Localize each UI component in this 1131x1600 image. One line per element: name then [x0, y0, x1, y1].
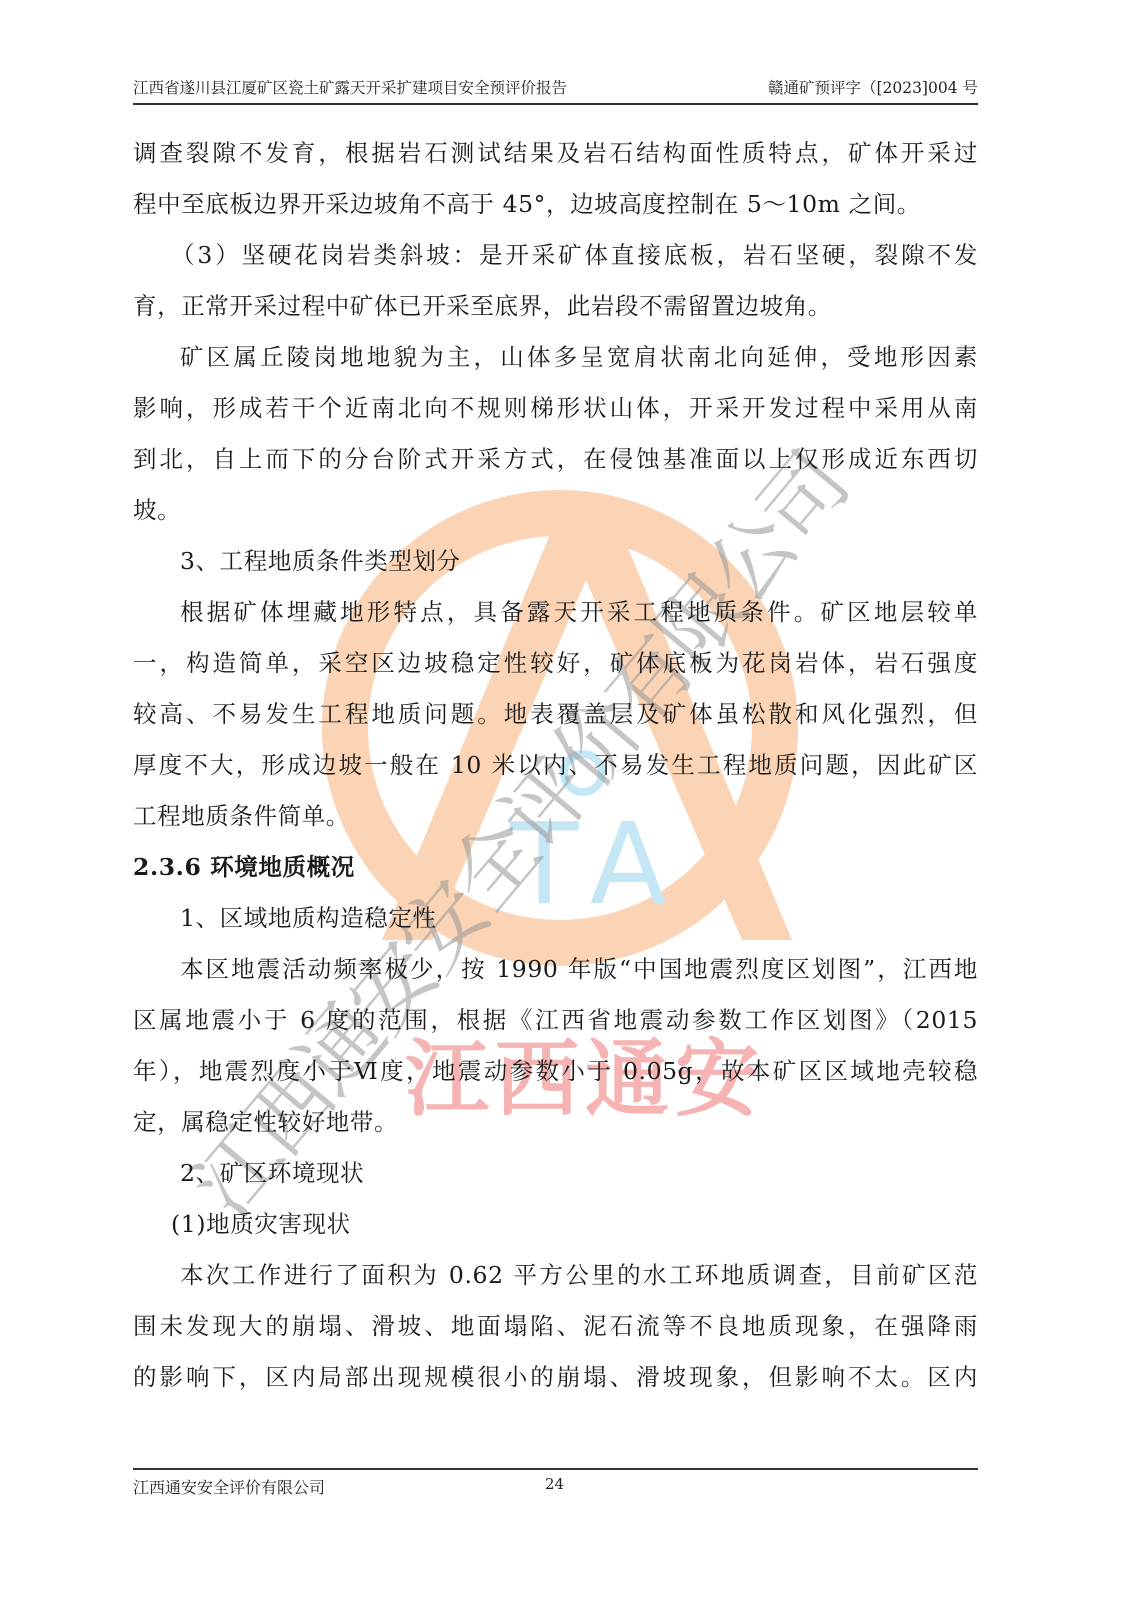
paragraph-line: 根据矿体埋藏地形特点，具备露天开采工程地质条件。矿区地层较单: [133, 587, 978, 638]
footer-company-name: 江西通安安全评价有限公司: [133, 1475, 325, 1498]
paragraph-line: 矿区属丘陵岗地地貌为主，山体多呈宽肩状南北向延伸，受地形因素: [133, 332, 978, 383]
footer-divider: [133, 1468, 978, 1470]
paragraph-line: 定，属稳定性较好地带。: [133, 1097, 978, 1148]
paragraph-line: 调查裂隙不发育，根据岩石测试结果及岩石结构面性质特点，矿体开采过: [133, 128, 978, 179]
document-page: 江西省遂川县江厦矿区瓷土矿露天开采扩建项目安全预评价报告 赣通矿预评字（[202…: [0, 0, 1131, 1600]
paragraph-line: 一，构造简单，采空区边坡稳定性较好，矿体底板为花岗岩体，岩石强度: [133, 638, 978, 689]
paragraph-line: 到北，自上而下的分台阶式开采方式，在侵蚀基准面以上仅形成近东西切: [133, 434, 978, 485]
header-report-title: 江西省遂川县江厦矿区瓷土矿露天开采扩建项目安全预评价报告: [133, 76, 567, 98]
paragraph-line: 本次工作进行了面积为 0.62 平方公里的水工环地质调查，目前矿区范: [133, 1250, 978, 1301]
section-heading: 2.3.6 环境地质概况: [133, 842, 978, 893]
paragraph-line: 的影响下，区内局部出现规模很小的崩塌、滑坡现象，但影响不太。区内: [133, 1352, 978, 1403]
paragraph-line: 区属地震小于 6 度的范围，根据《江西省地震动参数工作区划图》（2015: [133, 995, 978, 1046]
paragraph-line: 影响，形成若干个近南北向不规则梯形状山体，开采开发过程中采用从南: [133, 383, 978, 434]
header-divider: [133, 103, 978, 105]
page-footer: 江西通安安全评价有限公司 24: [133, 1475, 978, 1499]
page-number: 24: [545, 1475, 564, 1493]
paragraph-line: 围未发现大的崩塌、滑坡、地面塌陷、泥石流等不良地质现象，在强降雨: [133, 1301, 978, 1352]
subsection-heading: 2、矿区环境现状: [133, 1148, 978, 1199]
header-doc-number: 赣通矿预评字（[2023]004 号: [768, 76, 978, 98]
paragraph-line: 坡。: [133, 485, 978, 536]
subsection-heading: 1、区域地质构造稳定性: [133, 893, 978, 944]
paragraph-line: 工程地质条件简单。: [133, 791, 978, 842]
paragraph-line: 本区地震活动频率极少，按 1990 年版“中国地震烈度区划图”，江西地: [133, 944, 978, 995]
paragraph-line: 厚度不大，形成边坡一般在 10 米以内、不易发生工程地质问题，因此矿区: [133, 740, 978, 791]
subsection-heading: 3、工程地质条件类型划分: [133, 536, 978, 587]
subsection-heading: (1)地质灾害现状: [133, 1199, 978, 1250]
paragraph-line: 育，正常开采过程中矿体已开采至底界，此岩段不需留置边坡角。: [133, 281, 978, 332]
document-body: 调查裂隙不发育，根据岩石测试结果及岩石结构面性质特点，矿体开采过 程中至底板边界…: [133, 128, 978, 1403]
paragraph-line: 年），地震烈度小于Ⅵ度，地震动参数小于 0.05g，故本矿区区域地壳较稳: [133, 1046, 978, 1097]
paragraph-line: （3）坚硬花岗岩类斜坡：是开采矿体直接底板，岩石坚硬，裂隙不发: [133, 230, 978, 281]
paragraph-line: 较高、不易发生工程地质问题。地表覆盖层及矿体虽松散和风化强烈，但: [133, 689, 978, 740]
paragraph-line: 程中至底板边界开采边坡角不高于 45°，边坡高度控制在 5～10m 之间。: [133, 179, 978, 230]
page-header: 江西省遂川县江厦矿区瓷土矿露天开采扩建项目安全预评价报告 赣通矿预评字（[202…: [133, 76, 978, 100]
